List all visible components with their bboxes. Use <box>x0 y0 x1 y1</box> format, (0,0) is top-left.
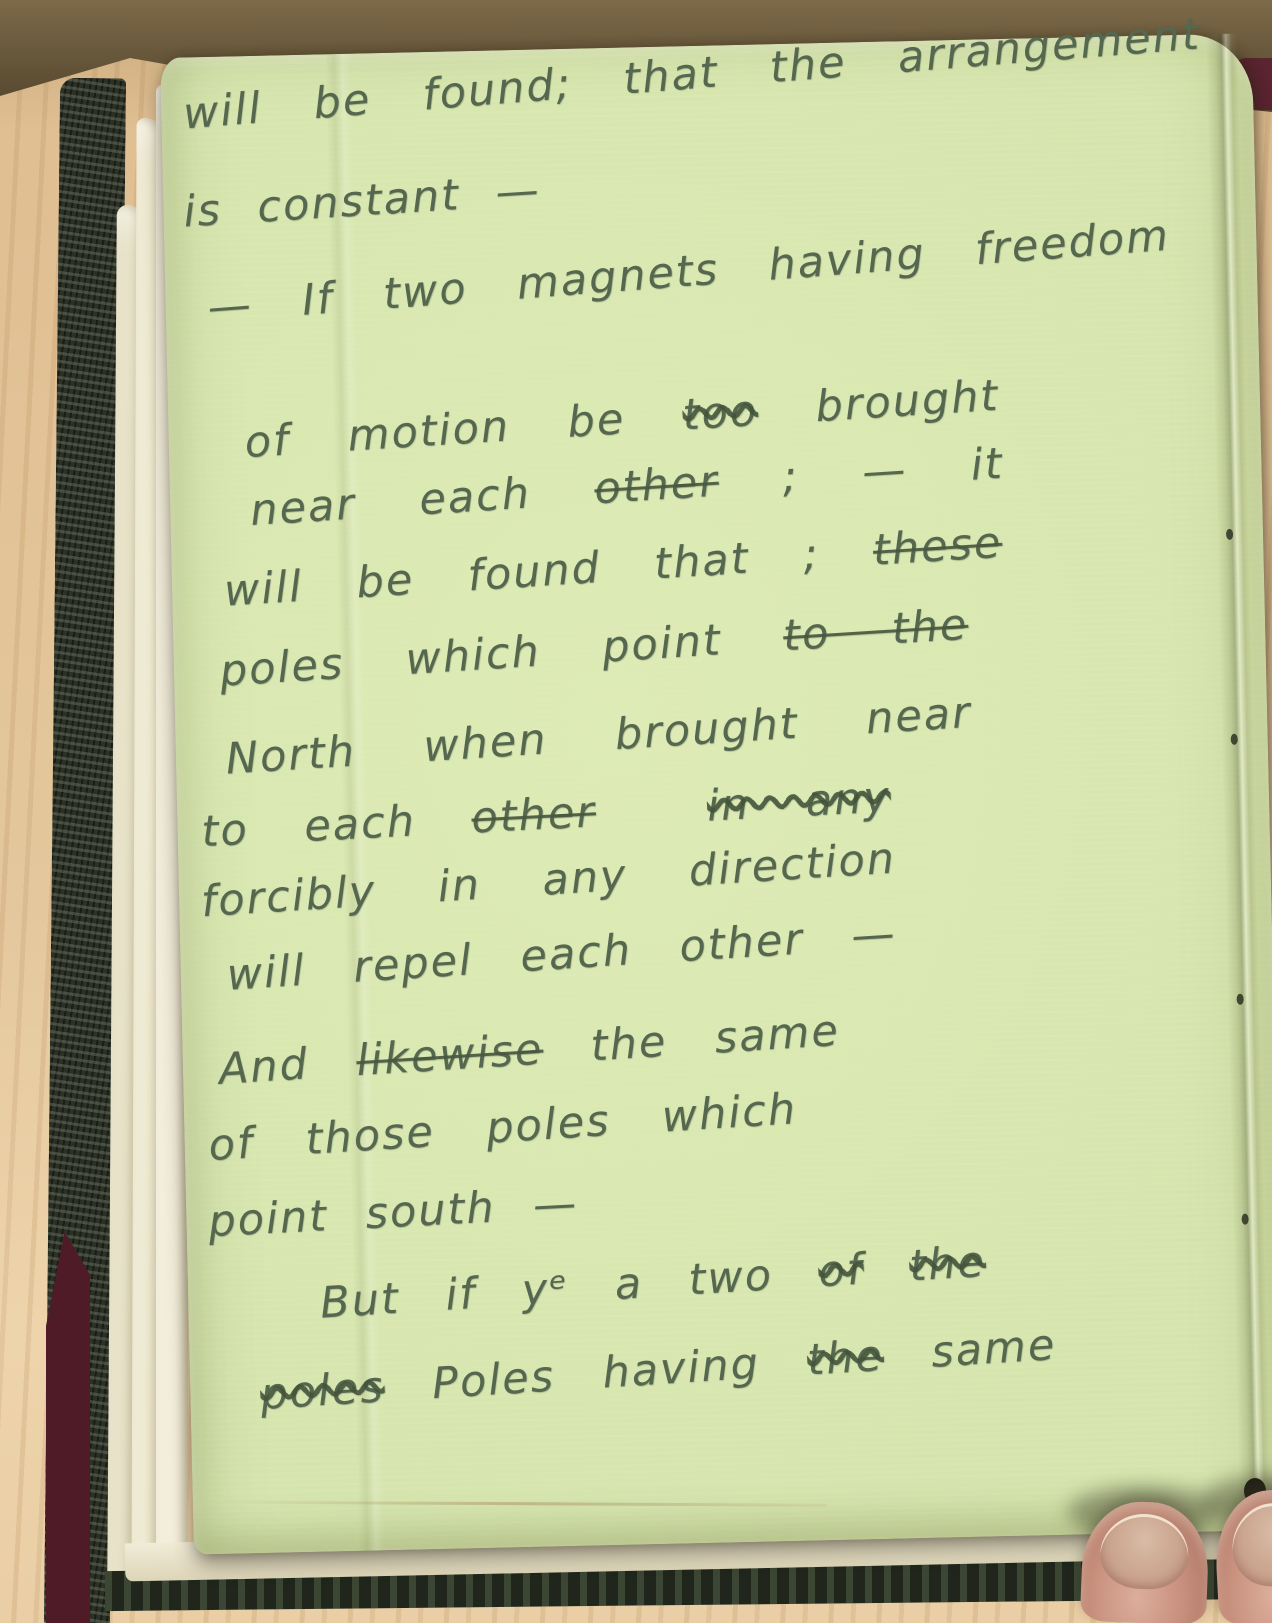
word-run: near each <box>249 464 596 536</box>
handwriting-line: But if yᵉ a two of the <box>319 1241 987 1326</box>
word-run: to each <box>200 794 472 858</box>
notebook-page: will be found; that the arrangement is c… <box>160 33 1272 1554</box>
handwriting-line: point south — <box>207 1183 579 1245</box>
word-run: point south — <box>207 1179 579 1248</box>
fingernail <box>1230 1501 1272 1588</box>
stitch-dot <box>1241 1214 1248 1225</box>
struck-word: the <box>806 1331 886 1386</box>
photo-scene: will be found; that the arrangement is c… <box>0 0 1272 1623</box>
word-run: And <box>217 1036 358 1095</box>
struck-word: to the <box>782 600 970 662</box>
word-run: will repel each other — <box>225 909 898 1001</box>
word-run: same <box>882 1320 1058 1381</box>
word-run: of those poles which <box>207 1084 798 1171</box>
handwriting-line: is constant — <box>182 169 542 234</box>
word-run: ; — it <box>717 439 1005 507</box>
struck-word: these <box>871 518 1003 576</box>
struck-word: of <box>817 1245 866 1298</box>
page-bottom-crease <box>215 1501 827 1507</box>
handwriting-line: And likewise the same <box>218 1010 841 1092</box>
handwriting-line: of those poles which <box>207 1088 798 1168</box>
stitch-dot <box>1231 734 1238 745</box>
word-run: is constant — <box>182 165 542 237</box>
word-run: Poles having <box>383 1336 809 1412</box>
struck-word: in any <box>706 772 892 831</box>
stitch-dot <box>1237 994 1244 1005</box>
struck-word: likewise <box>355 1025 545 1087</box>
handwriting-line: will repel each other — <box>225 913 897 998</box>
struck-word: too <box>681 386 759 441</box>
word-run: North when brought near <box>224 688 973 785</box>
word-run: the same <box>542 1006 842 1075</box>
handwriting-line: North when brought near <box>225 692 973 782</box>
struck-word: poles <box>259 1362 386 1420</box>
struck-word: other <box>593 457 720 515</box>
word-run: of motion be <box>243 391 684 468</box>
fingernail <box>1099 1513 1190 1591</box>
word-run: will be found that ; <box>223 526 875 617</box>
struck-word: other <box>470 787 597 843</box>
struck-word: the <box>908 1237 988 1292</box>
word-run: poles which point <box>218 611 784 696</box>
word-run: But if yᵉ a two <box>319 1247 820 1328</box>
word-run <box>595 782 709 838</box>
stitch-dot <box>1226 529 1233 540</box>
word-run <box>862 1242 911 1295</box>
handwriting-line: poles which point to the <box>219 604 970 694</box>
word-run: brought <box>756 371 1000 436</box>
